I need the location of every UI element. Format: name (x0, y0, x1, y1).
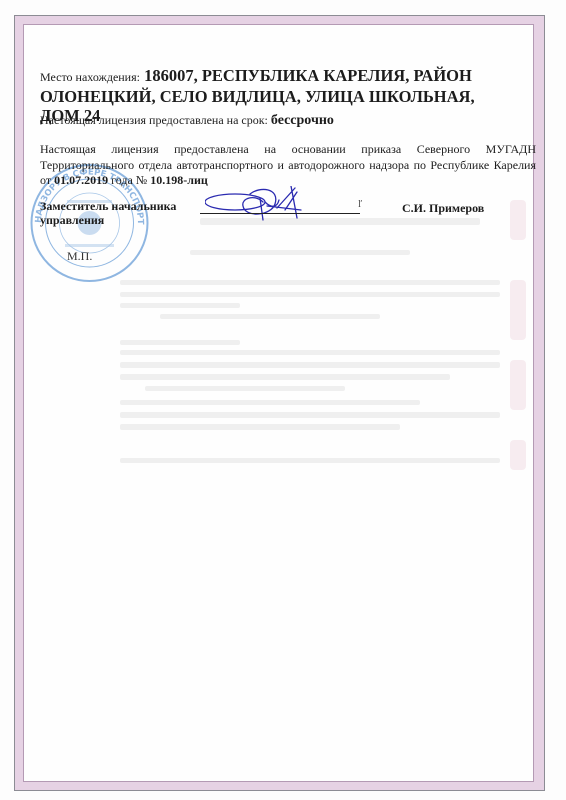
signature-line (200, 213, 360, 214)
term-value: бессрочно (271, 113, 334, 128)
page-body (23, 24, 534, 782)
basis-date: 01.07.2019 (54, 173, 108, 187)
signatory-title: Заместитель начальника управления (40, 199, 180, 227)
signature-mark: ľ (358, 199, 362, 210)
location-value-line1: 186007, РЕСПУБЛИКА КАРЕЛИЯ, РАЙОН (144, 66, 472, 85)
seal-label: М.П. (67, 249, 92, 264)
license-basis: Настоящая лицензия предоставлена на осно… (40, 142, 536, 189)
location-label: Место нахождения: (40, 70, 140, 84)
handwritten-signature-icon (205, 186, 310, 226)
term-label: Настоящая лицензия предоставлена на срок… (40, 113, 268, 127)
license-term: Настоящая лицензия предоставлена на срок… (40, 113, 334, 129)
signatory-name: С.И. Примеров (402, 201, 484, 216)
basis-number: 10.198-лиц (150, 173, 208, 187)
basis-mid: года № (111, 173, 147, 187)
